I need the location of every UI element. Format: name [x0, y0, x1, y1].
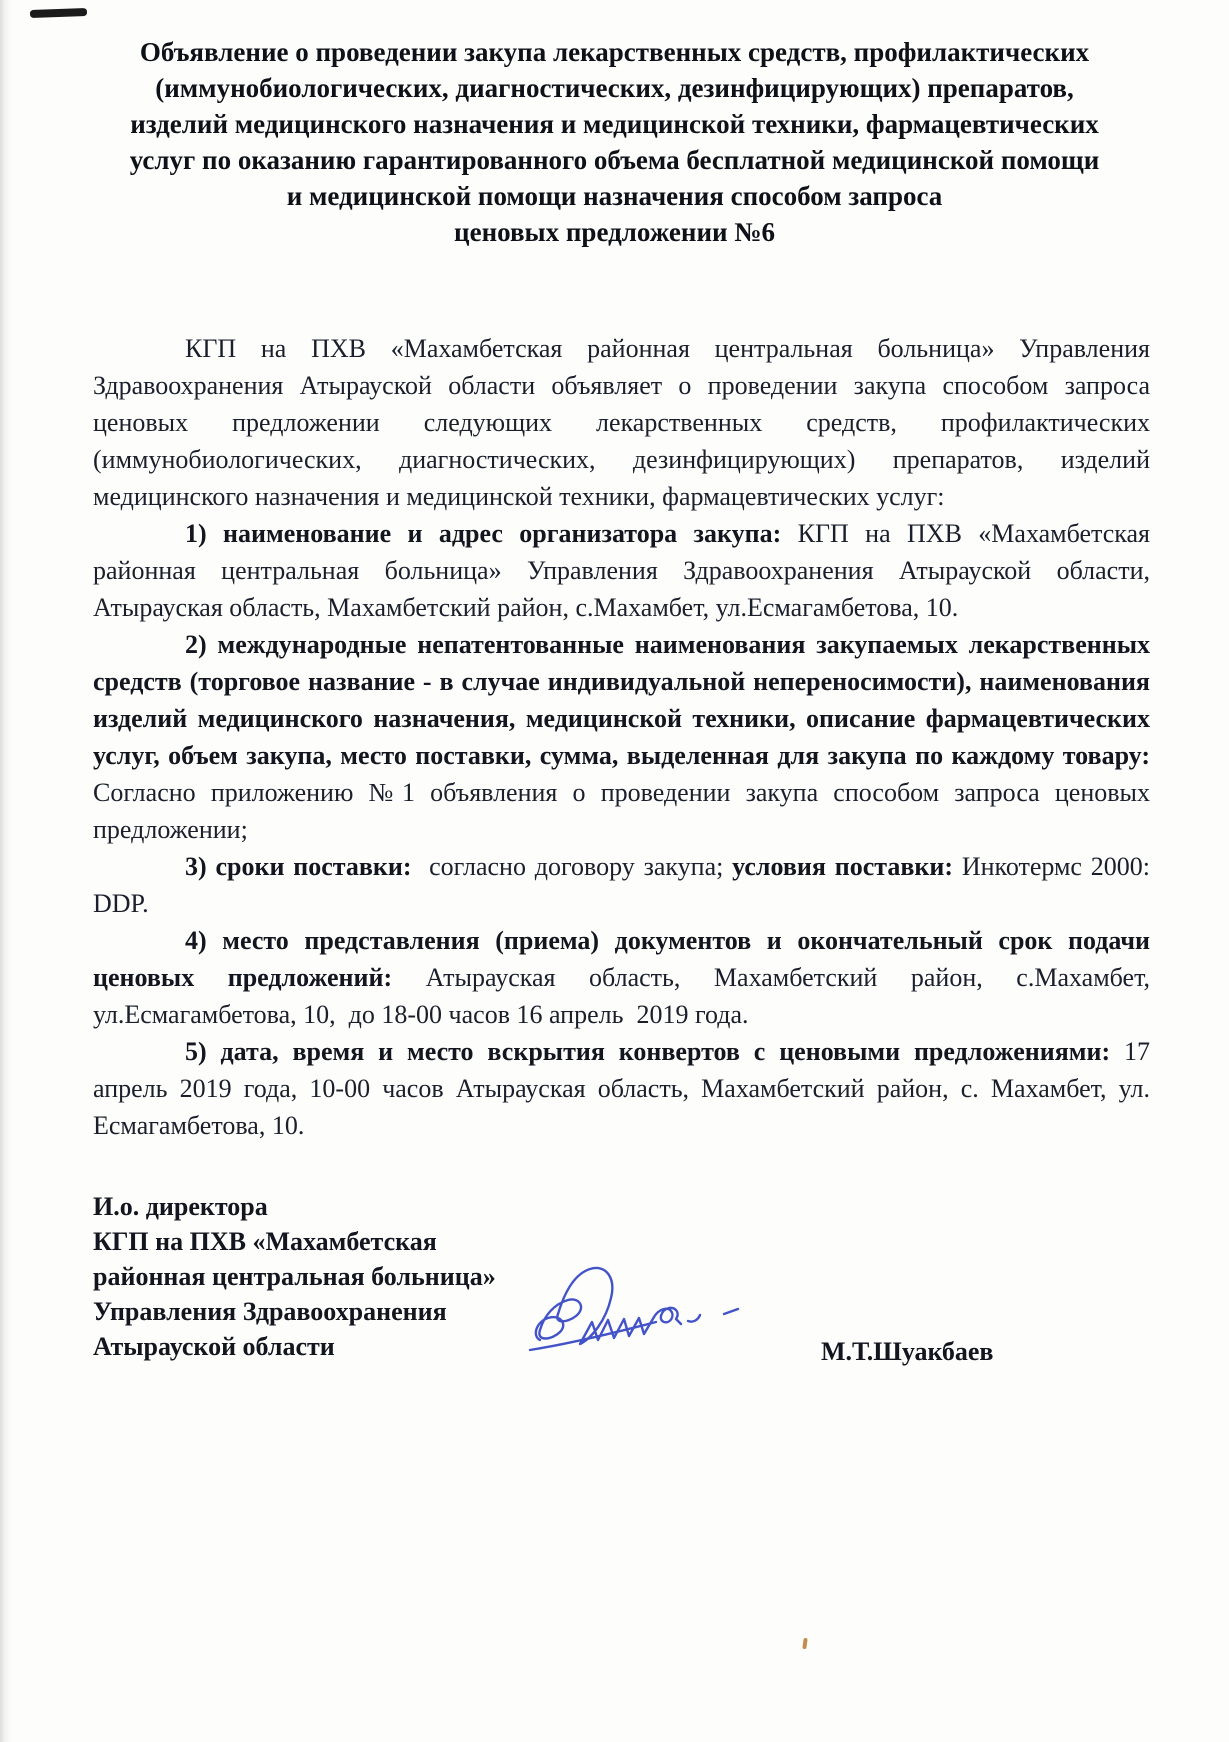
- scan-artifact-speck: [802, 1638, 807, 1649]
- signature-stroke-hook: [688, 1315, 700, 1322]
- signatory-title-line: КГП на ПХВ «Махамбетская: [93, 1224, 1229, 1259]
- item-lead: 5) дата, время и место вскрытия конверто…: [185, 1037, 1124, 1066]
- numbered-item: 5) дата, время и место вскрытия конверто…: [93, 1033, 1150, 1144]
- title-line: ценовых предложении №6: [60, 214, 1169, 250]
- signature-block: И.о. директораКГП на ПХВ «Махамбетскаяра…: [93, 1189, 1229, 1469]
- scan-artifact-dash: [30, 8, 87, 18]
- intro-paragraph: КГП на ПХВ «Махамбетская районная центра…: [93, 330, 1150, 515]
- numbered-item: 2) международные непатентованные наимено…: [93, 626, 1150, 848]
- item-text: Согласно приложению №1 объявления о пров…: [93, 778, 1150, 844]
- title-line: и медицинской помощи назначения способом…: [60, 178, 1169, 214]
- title-line: изделий медицинского назначения и медици…: [60, 106, 1169, 142]
- item-text: согласно договору закупа;: [420, 852, 732, 881]
- numbered-item: 4) место представления (приема) документ…: [93, 922, 1150, 1033]
- numbered-item: 3) сроки поставки: согласно договору зак…: [93, 848, 1150, 922]
- title-line: Объявление о проведении закупа лекарстве…: [60, 34, 1169, 70]
- handwritten-signature: [528, 1264, 740, 1356]
- item-lead: 1) наименование и адрес организатора зак…: [185, 519, 798, 548]
- scanned-document-page: Объявление о проведении закупа лекарстве…: [0, 0, 1229, 1742]
- numbered-item: 1) наименование и адрес организатора зак…: [93, 515, 1150, 626]
- document-title: Объявление о проведении закупа лекарстве…: [60, 34, 1169, 250]
- item-lead: 3) сроки поставки:: [185, 852, 420, 881]
- signatory-name: М.Т.Шуакбаев: [821, 1334, 993, 1369]
- title-line: (иммунобиологических, диагностических, д…: [60, 70, 1169, 106]
- item-lead: условия поставки:: [732, 852, 962, 881]
- item-lead: 2) международные непатентованные наимено…: [93, 630, 1150, 770]
- numbered-items: 1) наименование и адрес организатора зак…: [93, 515, 1150, 1144]
- document-body: КГП на ПХВ «Махамбетская районная центра…: [93, 330, 1150, 1144]
- signatory-title-line: И.о. директора: [93, 1189, 1229, 1224]
- title-line: услуг по оказанию гарантированного объем…: [60, 142, 1169, 178]
- signature-stroke-dash: [724, 1309, 738, 1314]
- signature-stroke-main: [536, 1268, 681, 1344]
